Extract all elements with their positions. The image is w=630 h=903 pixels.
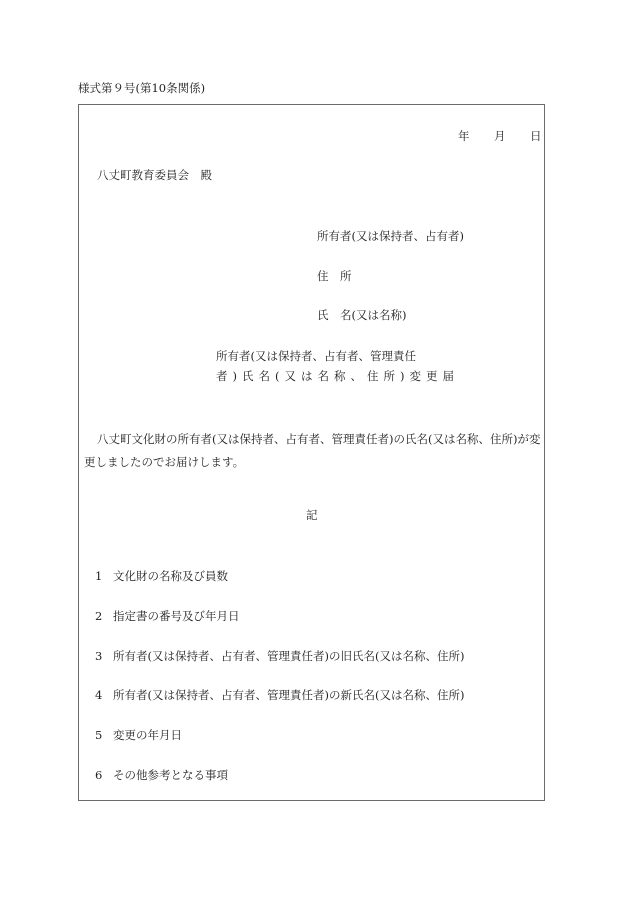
month-label: 月 bbox=[494, 128, 530, 144]
item-text: 所有者(又は保持者、占有者、管理責任者)の旧氏名(又は名称、住所) bbox=[113, 649, 464, 663]
item-number: 1 bbox=[95, 569, 113, 583]
applicant-role-label: 所有者(又は保持者、占有者) bbox=[317, 228, 464, 244]
list-item: 1文化財の名称及び員数 bbox=[95, 568, 228, 584]
item-number: 6 bbox=[95, 768, 113, 782]
day-label: 日 bbox=[530, 128, 542, 144]
title-line-2: 者)氏名(又は名称、住所)変更届 bbox=[216, 366, 459, 386]
addressee: 八丈町教育委員会 殿 bbox=[97, 167, 212, 183]
year-label: 年 bbox=[458, 128, 494, 144]
date-line: 年月日 bbox=[458, 128, 542, 144]
item-text: 所有者(又は保持者、占有者、管理責任者)の新氏名(又は名称、住所) bbox=[113, 688, 464, 702]
body-paragraph: 八丈町文化財の所有者(又は保持者、占有者、管理責任者)の氏名(又は名称、住所)が… bbox=[84, 432, 540, 469]
body-text: 八丈町文化財の所有者(又は保持者、占有者、管理責任者)の氏名(又は名称、住所)が… bbox=[84, 428, 544, 474]
applicant-address-label: 住 所 bbox=[317, 268, 352, 284]
item-text: 変更の年月日 bbox=[113, 728, 182, 742]
ki-heading: 記 bbox=[306, 507, 318, 523]
form-number-label: 様式第９号(第10条関係) bbox=[78, 80, 205, 96]
item-text: 指定書の番号及び年月日 bbox=[113, 609, 240, 623]
list-item: 6その他参考となる事項 bbox=[95, 767, 228, 783]
list-item: 2指定書の番号及び年月日 bbox=[95, 608, 240, 624]
item-number: 3 bbox=[95, 649, 113, 663]
list-item: 5変更の年月日 bbox=[95, 727, 182, 743]
item-number: 2 bbox=[95, 609, 113, 623]
document-title: 所有者(又は保持者、占有者、管理責任 者)氏名(又は名称、住所)変更届 bbox=[216, 346, 459, 386]
item-text: 文化財の名称及び員数 bbox=[113, 569, 228, 583]
list-item: 3所有者(又は保持者、占有者、管理責任者)の旧氏名(又は名称、住所) bbox=[95, 648, 464, 664]
applicant-name-label: 氏 名(又は名称) bbox=[317, 307, 406, 323]
title-line-1: 所有者(又は保持者、占有者、管理責任 bbox=[216, 346, 459, 366]
item-text: その他参考となる事項 bbox=[113, 768, 228, 782]
list-item: 4所有者(又は保持者、占有者、管理責任者)の新氏名(又は名称、住所) bbox=[95, 687, 464, 703]
item-number: 5 bbox=[95, 728, 113, 742]
item-number: 4 bbox=[95, 688, 113, 702]
